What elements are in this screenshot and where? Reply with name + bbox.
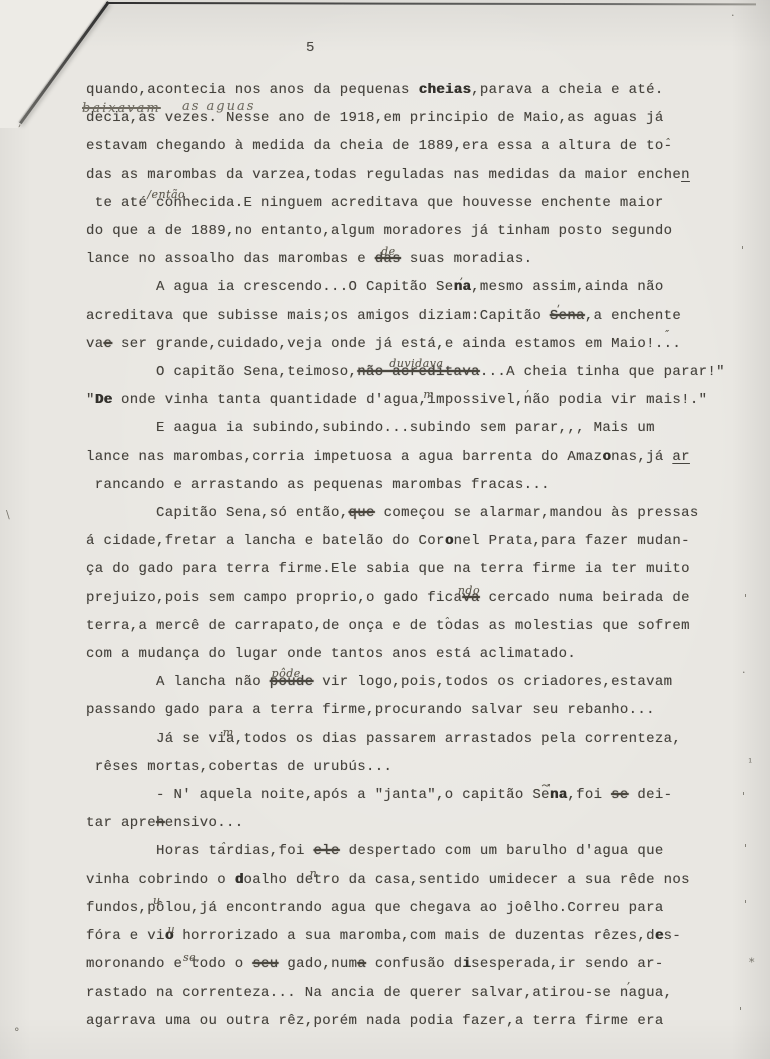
handwritten-annotation: u [153,895,161,906]
text-line: Horas taˆrdias,foi ele despertado com um… [86,837,746,865]
typewritten-text: passando gado para a terra firme,procura… [86,702,655,718]
typewritten-text: Já se via [86,731,235,747]
typewritten-text: ,a enchente [585,308,681,324]
struck-text: a [357,956,366,972]
stray-pen-mark: ' [744,592,747,605]
typewritten-text: á cidade,fretar a lancha e batelão do Co… [86,533,445,549]
typewritten-text: fundos,p [86,900,156,916]
text-line: das as marombas da varzea,todas regulada… [86,161,746,189]
struck-text: h [156,815,165,831]
handwritten-annotation: se, [183,952,200,963]
typewritten-text: suas moradias. [401,251,532,267]
typewritten-text: confusão d [366,956,462,972]
handwritten-annotation: baixavam [82,103,161,114]
typewritten-text: ,todos os dias passarem arrastados pela … [235,731,681,747]
typewritten-text: cercado numa beirada de [480,590,690,606]
text-line: rêses mortas,cobertas de urubús... [86,753,746,781]
text-line: terra,a mercê de carrapato,de onça e de … [86,612,746,640]
overtyped-text: De [95,392,113,408]
text-line: fundos,puôlou,já encontrando agua que ch… [86,894,746,922]
typewritten-text: ,parava a cheia e até. [471,82,664,98]
typewritten-text: das as marombas da varzea,todas regulada… [86,167,681,183]
handwritten-annotation: m [423,389,434,400]
handwritten-annotation: m [223,727,234,738]
handwritten-annotation: ″ [665,329,670,340]
typewritten-text: todo o [191,956,252,972]
stray-pen-mark: \ [6,508,10,521]
handwritten-annotation: /então [147,189,185,200]
handwritten-annotation: ˆ [220,842,226,853]
typewritten-text: fóra e vi [86,928,165,944]
stray-pen-mark: ' [742,790,745,803]
overtyped-text: na [550,787,568,803]
typewritten-text: E aagua ia subindo,subindo...subindo sem… [86,420,655,436]
underlined-text: n [681,167,690,183]
handwritten-annotation: ’ [526,389,530,400]
handwritten-annotation: ndo [458,585,480,596]
handwritten-annotation: ’ [627,981,631,992]
typewritten-text: das as molestias que sofrem [454,618,690,634]
stray-pen-mark: ¹ [748,756,752,769]
typewritten-text: ôlou,já encontrando agua que chegava ao … [156,900,664,916]
text-line: baixavamas aguasdecia,as vezes. Nesse an… [86,104,746,132]
typewritten-text: tro da casa,sentido umidecer a sua rêde … [314,872,690,888]
typewritten-text: te até [86,195,147,211]
handwritten-annotation: ˆ [664,138,670,149]
typewritten-text: vir logo,pois,todos os criadores,estavam [314,674,673,690]
text-line: A lancha não poudepôde vir logo,pois,tod… [86,668,746,696]
typewritten-text: tar apre [86,815,156,831]
text-line: vinha cobrindo o doalho dentro da casa,s… [86,866,746,894]
text-line: rancando e arrastando as pequenas maromb… [86,471,746,499]
handwritten-annotation: as aguas [182,101,255,112]
struck-text: Sena [550,308,585,324]
overtyped-text: d [235,872,244,888]
text-line: agarrava uma ou outra rêz,porém nada pod… [86,1007,746,1035]
overtyped-text: o [445,533,454,549]
scanned-typewritten-page: 5 quando,acontecia nos anos da pequenas … [0,0,770,1059]
text-line: tar aprehensivo... [86,809,746,837]
handwritten-annotation: de [381,246,396,257]
underlined-text: ar [672,449,690,465]
typewritten-text: A agua ia crescendo...O Capitão Se [86,279,454,295]
typewritten-text: onde vinha tanta quantidade d'agua, [112,392,427,408]
text-line: - N' aquela noite,após a "janta",o capit… [86,781,746,809]
overtyped-text: o [602,449,611,465]
typewritten-text: começou se alarmar,mandou às pressas [375,505,699,521]
text-line: prejuizo,pois sem campo proprio,o gado f… [86,584,746,612]
typewritten-text: acreditava que subisse mais;os amigos di… [86,308,550,324]
typewritten-text: despertado com um barulho d'agua que [340,843,664,859]
stray-pen-mark: ° [14,1026,20,1039]
typewritten-text: conhecida.E ninguem acreditava que houve… [147,195,663,211]
typewritten-text: não podia vir mais!." [524,392,708,408]
text-line: do que a de 1889,no entanto,algum morado… [86,217,746,245]
text-line: estavam chegando à medida da cheia de 18… [86,132,746,160]
typewritten-text: dei- [629,787,673,803]
typewritten-text: horrorizado a sua maromba,com mais de du… [174,928,655,944]
typewritten-text: " [86,392,95,408]
typewritten-text: decia,as vezes. Nesse ano de 1918,em pri… [86,110,664,126]
typewritten-text: - N' aquela noite,após a "janta",o capit… [86,787,550,803]
handwritten-annotation: u [168,924,176,935]
handwritten-annotation: pôde [272,668,301,679]
typewritten-text: rastado na correnteza... Na ancia de que… [86,985,629,1001]
typewritten-text: O capitão Sena,teimoso, [86,364,357,380]
struck-text: se [611,787,629,803]
overtyped-text: i [462,956,471,972]
text-line: passando gado para a terra firme,procura… [86,696,746,724]
typewritten-text: nas,já [611,449,672,465]
typewritten-text: rancando e arrastando as pequenas maromb… [86,477,550,493]
handwritten-annotation: duvidava [389,358,443,369]
handwritten-annotation: ˆ [444,617,450,628]
typewritten-text: moronando e [86,956,191,972]
text-line: A agua ia crescendo...O Capitão Senaʼ,me… [86,273,746,301]
text-line: te até/então conhecida.E ninguem acredit… [86,189,746,217]
typewritten-text: gado,num [279,956,358,972]
text-line: Já se viam,todos os dias passarem arrast… [86,725,746,753]
typewritten-text: rdias,foi [226,843,314,859]
typewritten-text: lance no assoalho das marombas e [86,251,375,267]
typewritten-text: vinha cobrindo o [86,872,235,888]
overtyped-text: cheias [419,82,472,98]
stray-pen-mark: , [18,116,22,129]
text-line: á cidade,fretar a lancha e batelão do Co… [86,527,746,555]
text-line: lance nas marombas,corria impetuosa a ag… [86,443,746,471]
typewritten-text: ensivo... [165,815,244,831]
typewritten-text: Capitão Sena,só então, [86,505,349,521]
typewritten-text: com a mudança do lugar onde tantos anos … [86,646,576,662]
stray-pen-mark: ' [744,898,747,911]
stray-pen-mark: * [749,956,755,969]
stray-pen-mark: ' [739,1005,742,1018]
text-line: acreditava que subisse mais;os amigos di… [86,302,746,330]
text-line: rastado na correnteza... Na ancia de que… [86,979,746,1007]
text-line: Capitão Sena,só então,que começou se ala… [86,499,746,527]
typewritten-text: Horas ta [86,843,226,859]
typewritten-text: A lancha não [86,674,270,690]
page-number: 5 [306,40,315,56]
typewritten-text: lance nas marombas,corria impetuosa a ag… [86,449,602,465]
typewritten-text: impossivel, [427,392,523,408]
struck-text: e [104,336,113,352]
stray-pen-mark: ' [744,842,747,855]
typewritten-text: sesperada,ir sendo ar- [471,956,664,972]
typewritten-text: ,mesmo assim,ainda não [471,279,664,295]
text-line: fóra e viou horrorizado a sua maromba,co… [86,922,746,950]
text-line: com a mudança do lugar onde tantos anos … [86,640,746,668]
struck-text: que [349,505,375,521]
typewritten-text: ,foi [567,787,611,803]
text-line: O capitão Sena,teimoso,duvidavanão acred… [86,358,746,386]
typewritten-text: quando,acontecia nos anos da pequenas [86,82,419,98]
text-line: moronando e se,todo o seu gado,numa conf… [86,950,746,978]
handwritten-annotation: n [310,868,318,879]
text-block: quando,acontecia nos anos da pequenas ch… [86,76,746,1035]
text-line: vae ser grande,cuidado,veja onde já está… [86,330,746,358]
handwritten-annotation: ↝ [541,780,551,791]
stray-pen-mark: · [742,666,746,679]
typewritten-text: rêses mortas,cobertas de urubús... [86,759,392,775]
typewritten-text: do que a de 1889,no entanto,algum morado… [86,223,672,239]
typewritten-text: ça do gado para terra firme.Ele sabia qu… [86,561,690,577]
typewritten-text: ...A cheia tinha que parar!" [480,364,725,380]
typewritten-text: ser grande,cuidado,veja onde já está,e a… [112,336,681,352]
typewritten-text: s- [664,928,682,944]
typewritten-text: prejuizo,pois sem campo proprio,o gado f… [86,590,462,606]
text-line: E aagua ia subindo,subindo...subindo sem… [86,414,746,442]
typewritten-text: agua, [629,985,673,1001]
stray-pen-mark: . [731,6,735,19]
struck-text: seu [252,956,278,972]
handwritten-annotation: ʼ [459,277,463,288]
stray-pen-mark: ' [741,244,744,257]
typewritten-text: terra,a mercê de carrapato,de onça e de … [86,618,454,634]
typewritten-text: agarrava uma ou outra rêz,porém nada pod… [86,1013,664,1029]
page-top-edge-line [106,2,756,5]
struck-text: ele [314,843,340,859]
typewritten-text: oalho de [244,872,314,888]
typewritten-text: nel Prata,para fazer mudan- [454,533,690,549]
text-line: "De onde vinha tanta quantidade d'agua,m… [86,386,746,414]
text-line: lance no assoalho das marombas e dasde s… [86,245,746,273]
typewritten-text: va [86,336,104,352]
overtyped-text: e [655,928,664,944]
typewritten-text: estavam chegando à medida da cheia de 18… [86,138,672,154]
text-line: ça do gado para terra firme.Ele sabia qu… [86,555,746,583]
handwritten-annotation: ʹ [557,305,561,316]
